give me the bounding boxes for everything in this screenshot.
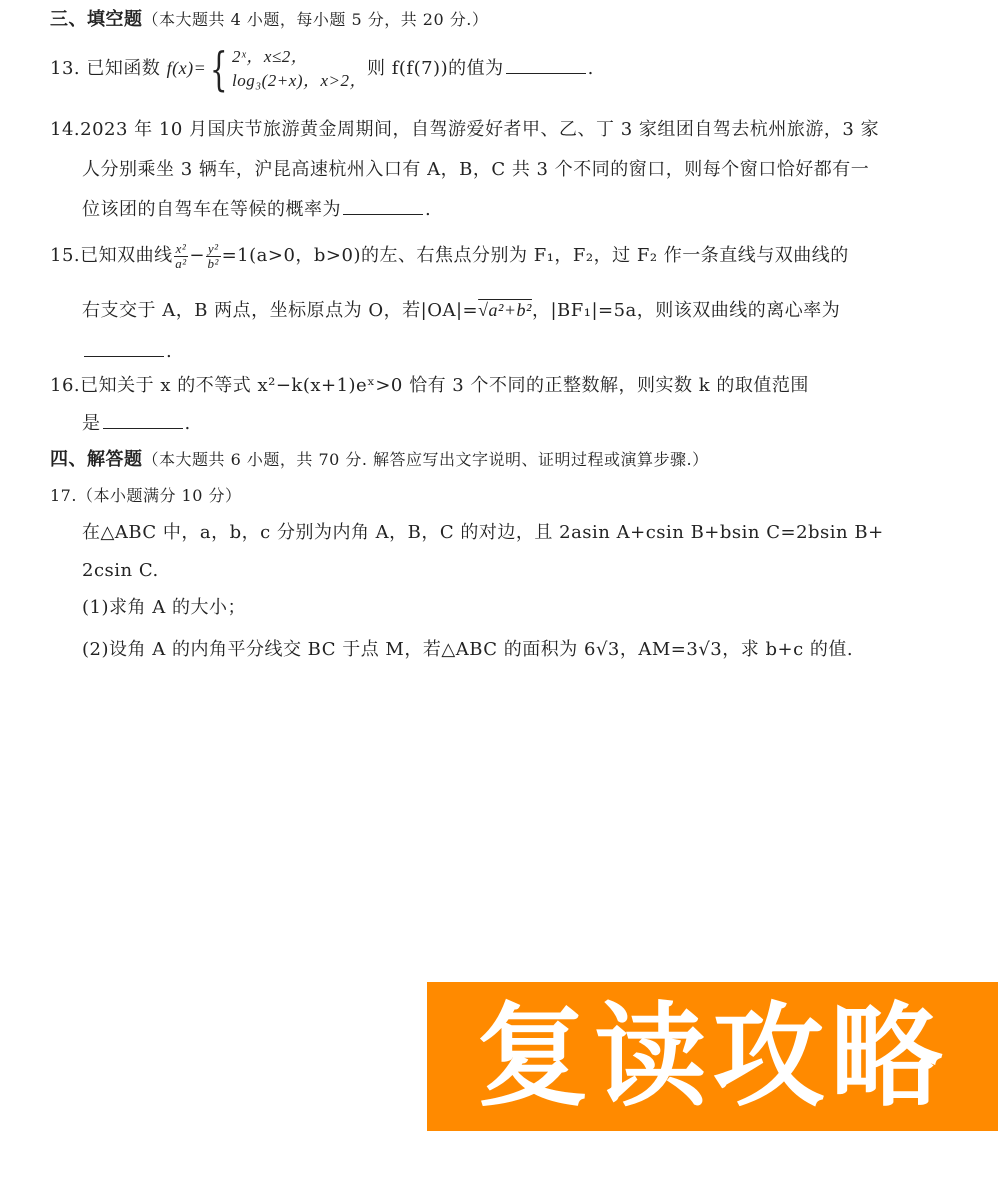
q15-line-2a: 右支交于 A，B 两点，坐标原点为 O，若|OA|= <box>82 300 478 321</box>
question-16-line-1: 16.已知关于 x 的不等式 x²−k(x+1)eˣ>0 恰有 3 个不同的正整… <box>50 374 809 398</box>
question-14-line-1: 14.2023 年 10 月国庆节旅游黄金周期间，自驾游爱好者甲、乙、丁 3 家… <box>50 118 879 142</box>
section-3-note: （本大题共 4 小题，每小题 5 分，共 20 分.） <box>143 10 489 29</box>
q17-header: 17.（本小题满分 10 分） <box>50 486 241 505</box>
q15-line-2b: ，|BF₁|=5a，则该双曲线的离心率为 <box>532 300 840 321</box>
q13-case-2: log₃(2+x)，x>2， <box>232 69 367 93</box>
q14-number: 14. <box>50 119 80 140</box>
q13-answer-blank <box>506 55 586 74</box>
q17-part-2: (2)设角 A 的内角平分线交 BC 于点 M，若△ABC 的面积为 6√3，A… <box>82 639 853 660</box>
q15-line-1-rest: =1(a>0，b>0)的左、右焦点分别为 F₁，F₂，过 F₂ 作一条直线与双曲… <box>222 245 849 266</box>
frac-num: y² <box>206 242 221 257</box>
q14-line-3: 位该团的自驾车在等候的概率为 <box>82 199 341 220</box>
question-17-line-2: 2csin C. <box>82 559 159 583</box>
q13-prefix: 已知函数 <box>86 58 166 79</box>
q16-end: . <box>185 413 191 434</box>
q15-fraction-x: x²a² <box>174 242 189 271</box>
q15-minus: − <box>189 245 205 266</box>
section-4-note: （本大题共 6 小题，共 70 分. 解答应写出文字说明、证明过程或演算步骤.） <box>143 450 709 469</box>
q14-end: . <box>425 199 431 220</box>
question-15-line-2: 右支交于 A，B 两点，坐标原点为 O，若|OA|=√a²+b²，|BF₁|=5… <box>82 298 840 323</box>
q13-case-1: 2ˣ，x≤2， <box>232 45 367 69</box>
q15-answer-blank <box>84 338 164 357</box>
section-4-title: 四、解答题 <box>50 449 143 470</box>
section-4-heading: 四、解答题（本大题共 6 小题，共 70 分. 解答应写出文字说明、证明过程或演… <box>50 448 709 472</box>
question-16-line-2: 是. <box>82 410 191 436</box>
question-14-line-3: 位该团的自驾车在等候的概率为. <box>82 196 431 222</box>
frac-den: a² <box>175 257 186 271</box>
question-17-header: 17.（本小题满分 10 分） <box>50 484 241 508</box>
q15-number: 15. <box>50 245 80 266</box>
question-17-part-1: (1)求角 A 的大小； <box>82 596 246 620</box>
frac-den: b² <box>208 257 219 271</box>
q16-line-2: 是 <box>82 413 101 434</box>
question-17-line-1: 在△ABC 中，a，b，c 分别为内角 A，B，C 的对边，且 2asin A+… <box>82 521 884 545</box>
exam-page: 三、填空题（本大题共 4 小题，每小题 5 分，共 20 分.） 13. 已知函… <box>0 0 1000 1202</box>
section-3-heading: 三、填空题（本大题共 4 小题，每小题 5 分，共 20 分.） <box>50 8 488 32</box>
q13-end: . <box>588 58 594 79</box>
left-brace-icon: { <box>210 46 228 92</box>
q13-piecewise: {2ˣ，x≤2，log₃(2+x)，x>2， <box>206 45 367 93</box>
q17-line-2: 2csin C. <box>82 560 159 581</box>
q15-end: . <box>166 341 172 362</box>
section-3-title: 三、填空题 <box>50 9 143 30</box>
q16-number: 16. <box>50 375 80 396</box>
q13-fx: f(x)= <box>167 58 207 78</box>
q15-prefix: 已知双曲线 <box>80 245 173 266</box>
question-15-line-3: . <box>82 338 172 364</box>
q13-suffix: 则 f(f(7))的值为 <box>367 58 504 79</box>
question-17-part-2: (2)设角 A 的内角平分线交 BC 于点 M，若△ABC 的面积为 6√3，A… <box>82 638 853 662</box>
q14-line-2: 人分别乘坐 3 辆车，沪昆高速杭州入口有 A，B，C 共 3 个不同的窗口，则每… <box>82 159 869 180</box>
question-15-line-1: 15.已知双曲线x²a²−y²b²=1(a>0，b>0)的左、右焦点分别为 F₁… <box>50 240 849 272</box>
banner-text: 复读攻略 <box>477 1001 949 1113</box>
q17-part-1: (1)求角 A 的大小； <box>82 597 246 618</box>
q15-sqrt-expr: √a²+b² <box>478 300 532 320</box>
q13-number: 13. <box>50 58 80 79</box>
q16-line-1: 已知关于 x 的不等式 x²−k(x+1)eˣ>0 恰有 3 个不同的正整数解，… <box>80 375 809 396</box>
frac-num: x² <box>174 242 189 257</box>
q17-line-1: 在△ABC 中，a，b，c 分别为内角 A，B，C 的对边，且 2asin A+… <box>82 522 884 543</box>
q14-line-1: 2023 年 10 月国庆节旅游黄金周期间，自驾游爱好者甲、乙、丁 3 家组团自… <box>80 119 879 140</box>
watermark-banner: 复读攻略 <box>427 982 998 1131</box>
q15-fraction-y: y²b² <box>206 242 221 271</box>
question-14-line-2: 人分别乘坐 3 辆车，沪昆高速杭州入口有 A，B，C 共 3 个不同的窗口，则每… <box>82 158 869 182</box>
question-13: 13. 已知函数 f(x)={2ˣ，x≤2，log₃(2+x)，x>2，则 f(… <box>50 44 594 93</box>
q16-answer-blank <box>103 410 183 429</box>
q14-answer-blank <box>343 196 423 215</box>
